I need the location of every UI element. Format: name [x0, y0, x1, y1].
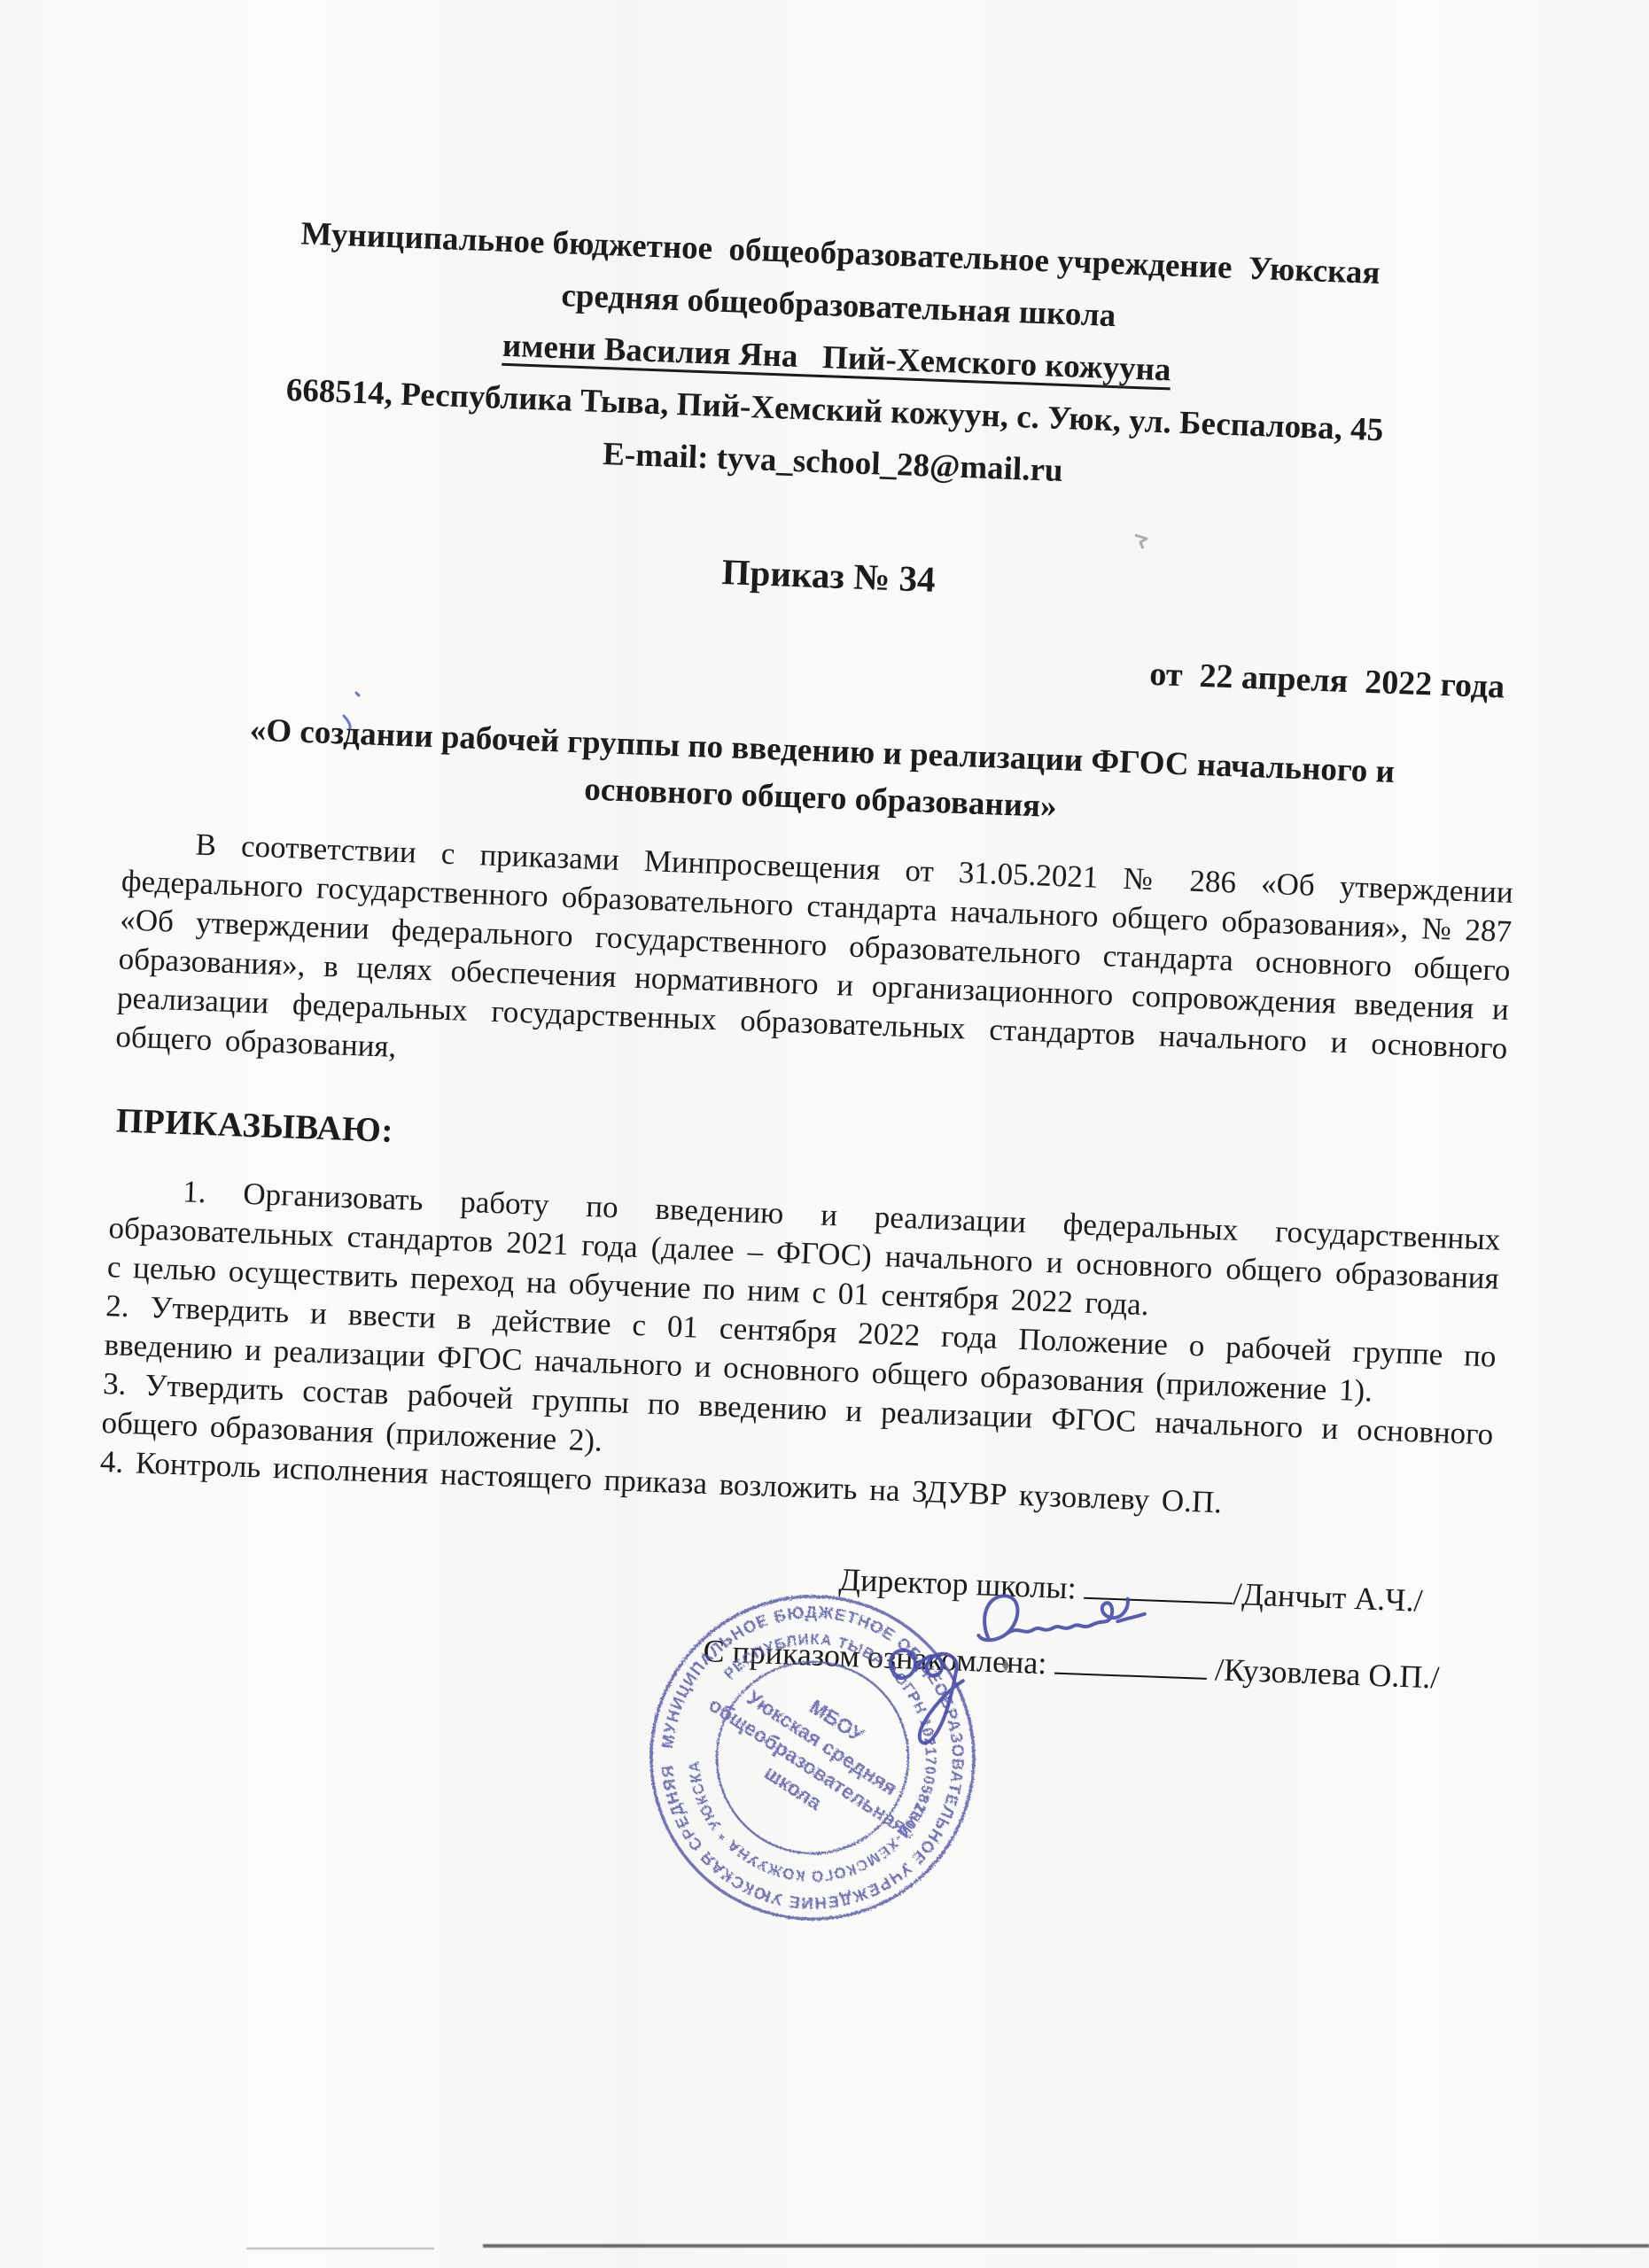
letterhead: Муниципальное бюджетное общеобразователь…: [136, 202, 1536, 514]
director-label: Директор школы:: [838, 1562, 1077, 1606]
order-items: 1. Организовать работу по введению и реа…: [99, 1169, 1501, 1532]
order-title: «О создании рабочей группы по введению и…: [174, 704, 1470, 845]
scan-bottom-edge-shadow-left: [246, 2248, 434, 2249]
stamp-inner-ring-bottom-text: * ПИЙ-ХЕМСКОГО КОЖУУНА * УЮКСКАЯ СРЕДНЯЯ: [686, 1744, 933, 1884]
scan-bottom-edge-shadow: [483, 2244, 1649, 2248]
stamp-center-line-3: общеобразовательная: [704, 1693, 910, 1838]
acknowledged-name: /Кузовлева О.П./: [1215, 1651, 1441, 1695]
stamp-center-line-1: МБОУ: [805, 1695, 868, 1747]
stamp-center-line-4: школа: [760, 1760, 826, 1814]
signature-row-director: Директор школы: /Данчыт А.Ч./: [838, 1553, 1489, 1628]
director-signature-line: [1084, 1562, 1233, 1604]
signature-row-acknowledged: С приказом ознакомлена: /Кузовлева О.П./: [703, 1624, 1486, 1704]
stamp-center-line-2: Уюкская средняя: [743, 1686, 902, 1800]
scanned-order-page: Муниципальное бюджетное общеобразователь…: [0, 0, 1649, 2268]
acknowledged-signature-line: [1054, 1637, 1208, 1680]
document-body: Муниципальное бюджетное общеобразователь…: [93, 133, 1539, 1704]
director-name: /Данчыт А.Ч./: [1233, 1576, 1424, 1619]
acknowledged-label: С приказом ознакомлена:: [703, 1633, 1047, 1681]
order-number-heading: Приказ № 34: [133, 527, 1525, 624]
stamp-inner-circle: [717, 1662, 908, 1853]
order-date: от 22 апреля 2022 года: [129, 616, 1505, 709]
svg-text:* ПИЙ-ХЕМСКОГО КОЖУУНА * УЮКСК: * ПИЙ-ХЕМСКОГО КОЖУУНА * УЮКСКАЯ СРЕДНЯЯ: [686, 1744, 933, 1884]
preamble-paragraph: В соответствии с приказами Минпросвещени…: [115, 822, 1514, 1107]
